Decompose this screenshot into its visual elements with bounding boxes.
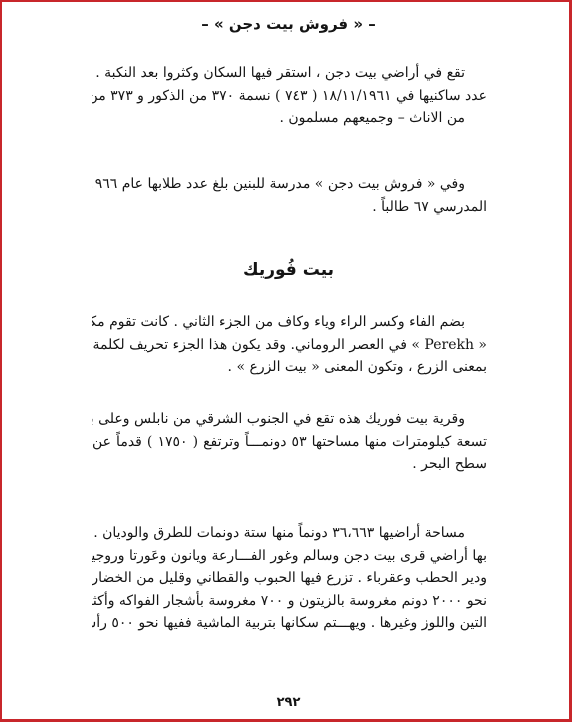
- text-line: بضم الفاء وكسر الراء وياء وكاف من الجزء …: [92, 311, 487, 334]
- text-line: سطح البحر .: [92, 453, 487, 476]
- book-page: – « فروش بيت دجن » – تقع في أراضي بيت دج…: [0, 0, 577, 727]
- paragraph-etymology: بضم الفاء وكسر الراء وياء وكاف من الجزء …: [92, 311, 487, 379]
- text-line: نحو ٢٠٠٠ دونم مغروسة بالزيتون و ٧٠٠ مغرو…: [92, 590, 487, 613]
- text-line: وفي « فروش بيت دجن » مدرسة للبنين بلغ عد…: [92, 173, 487, 196]
- paragraph-land-agriculture: مساحة أراضيها ٣٦،٦٦٣ دونماً منها ستة دون…: [92, 522, 487, 635]
- paragraph-location: وقرية بيت فوريك هذه تقع في الجنوب الشرقي…: [92, 408, 487, 476]
- running-head: – « فروش بيت دجن » –: [0, 13, 577, 35]
- text-line: من الاناث – وجميعهم مسلمون .: [92, 107, 487, 130]
- text-line: تقع في أراضي بيت دجن ، استقر فيها السكان…: [92, 62, 487, 85]
- text-line: المدرسي ٦٧ طالباً .: [92, 196, 487, 219]
- text-line: بها أراضي قرى بيت دجن وسالم وغور الفـــا…: [92, 545, 487, 568]
- text-line: عدد ساكنيها في ١٨/١١/١٩٦١ ( ٧٤٣ ) نسمة ٣…: [92, 85, 487, 108]
- section-title: بيت فُوريك: [0, 258, 577, 282]
- paragraph-school: وفي « فروش بيت دجن » مدرسة للبنين بلغ عد…: [92, 173, 487, 218]
- text-line: مساحة أراضيها ٣٦،٦٦٣ دونماً منها ستة دون…: [92, 522, 487, 545]
- text-line: تسعة كيلومترات منها مساحتها ٥٣ دونمـــاً…: [92, 431, 487, 454]
- text-line: وقرية بيت فوريك هذه تقع في الجنوب الشرقي…: [92, 408, 487, 431]
- text-line: « Perekh » في العصر الروماني. وقد يكون ه…: [92, 334, 487, 357]
- text-line: بمعنى الزرع ، وتكون المعنى « بيت الزرع »…: [92, 356, 487, 379]
- text-line: ودير الحطب وعقرباء . تزرع فيها الحبوب وا…: [92, 567, 487, 590]
- page-number: ٢٩٢: [0, 694, 577, 712]
- text-line: التين واللوز وغيرها . ويهـــتم سكانها بت…: [92, 612, 487, 635]
- paragraph-settlement-population: تقع في أراضي بيت دجن ، استقر فيها السكان…: [92, 62, 487, 130]
